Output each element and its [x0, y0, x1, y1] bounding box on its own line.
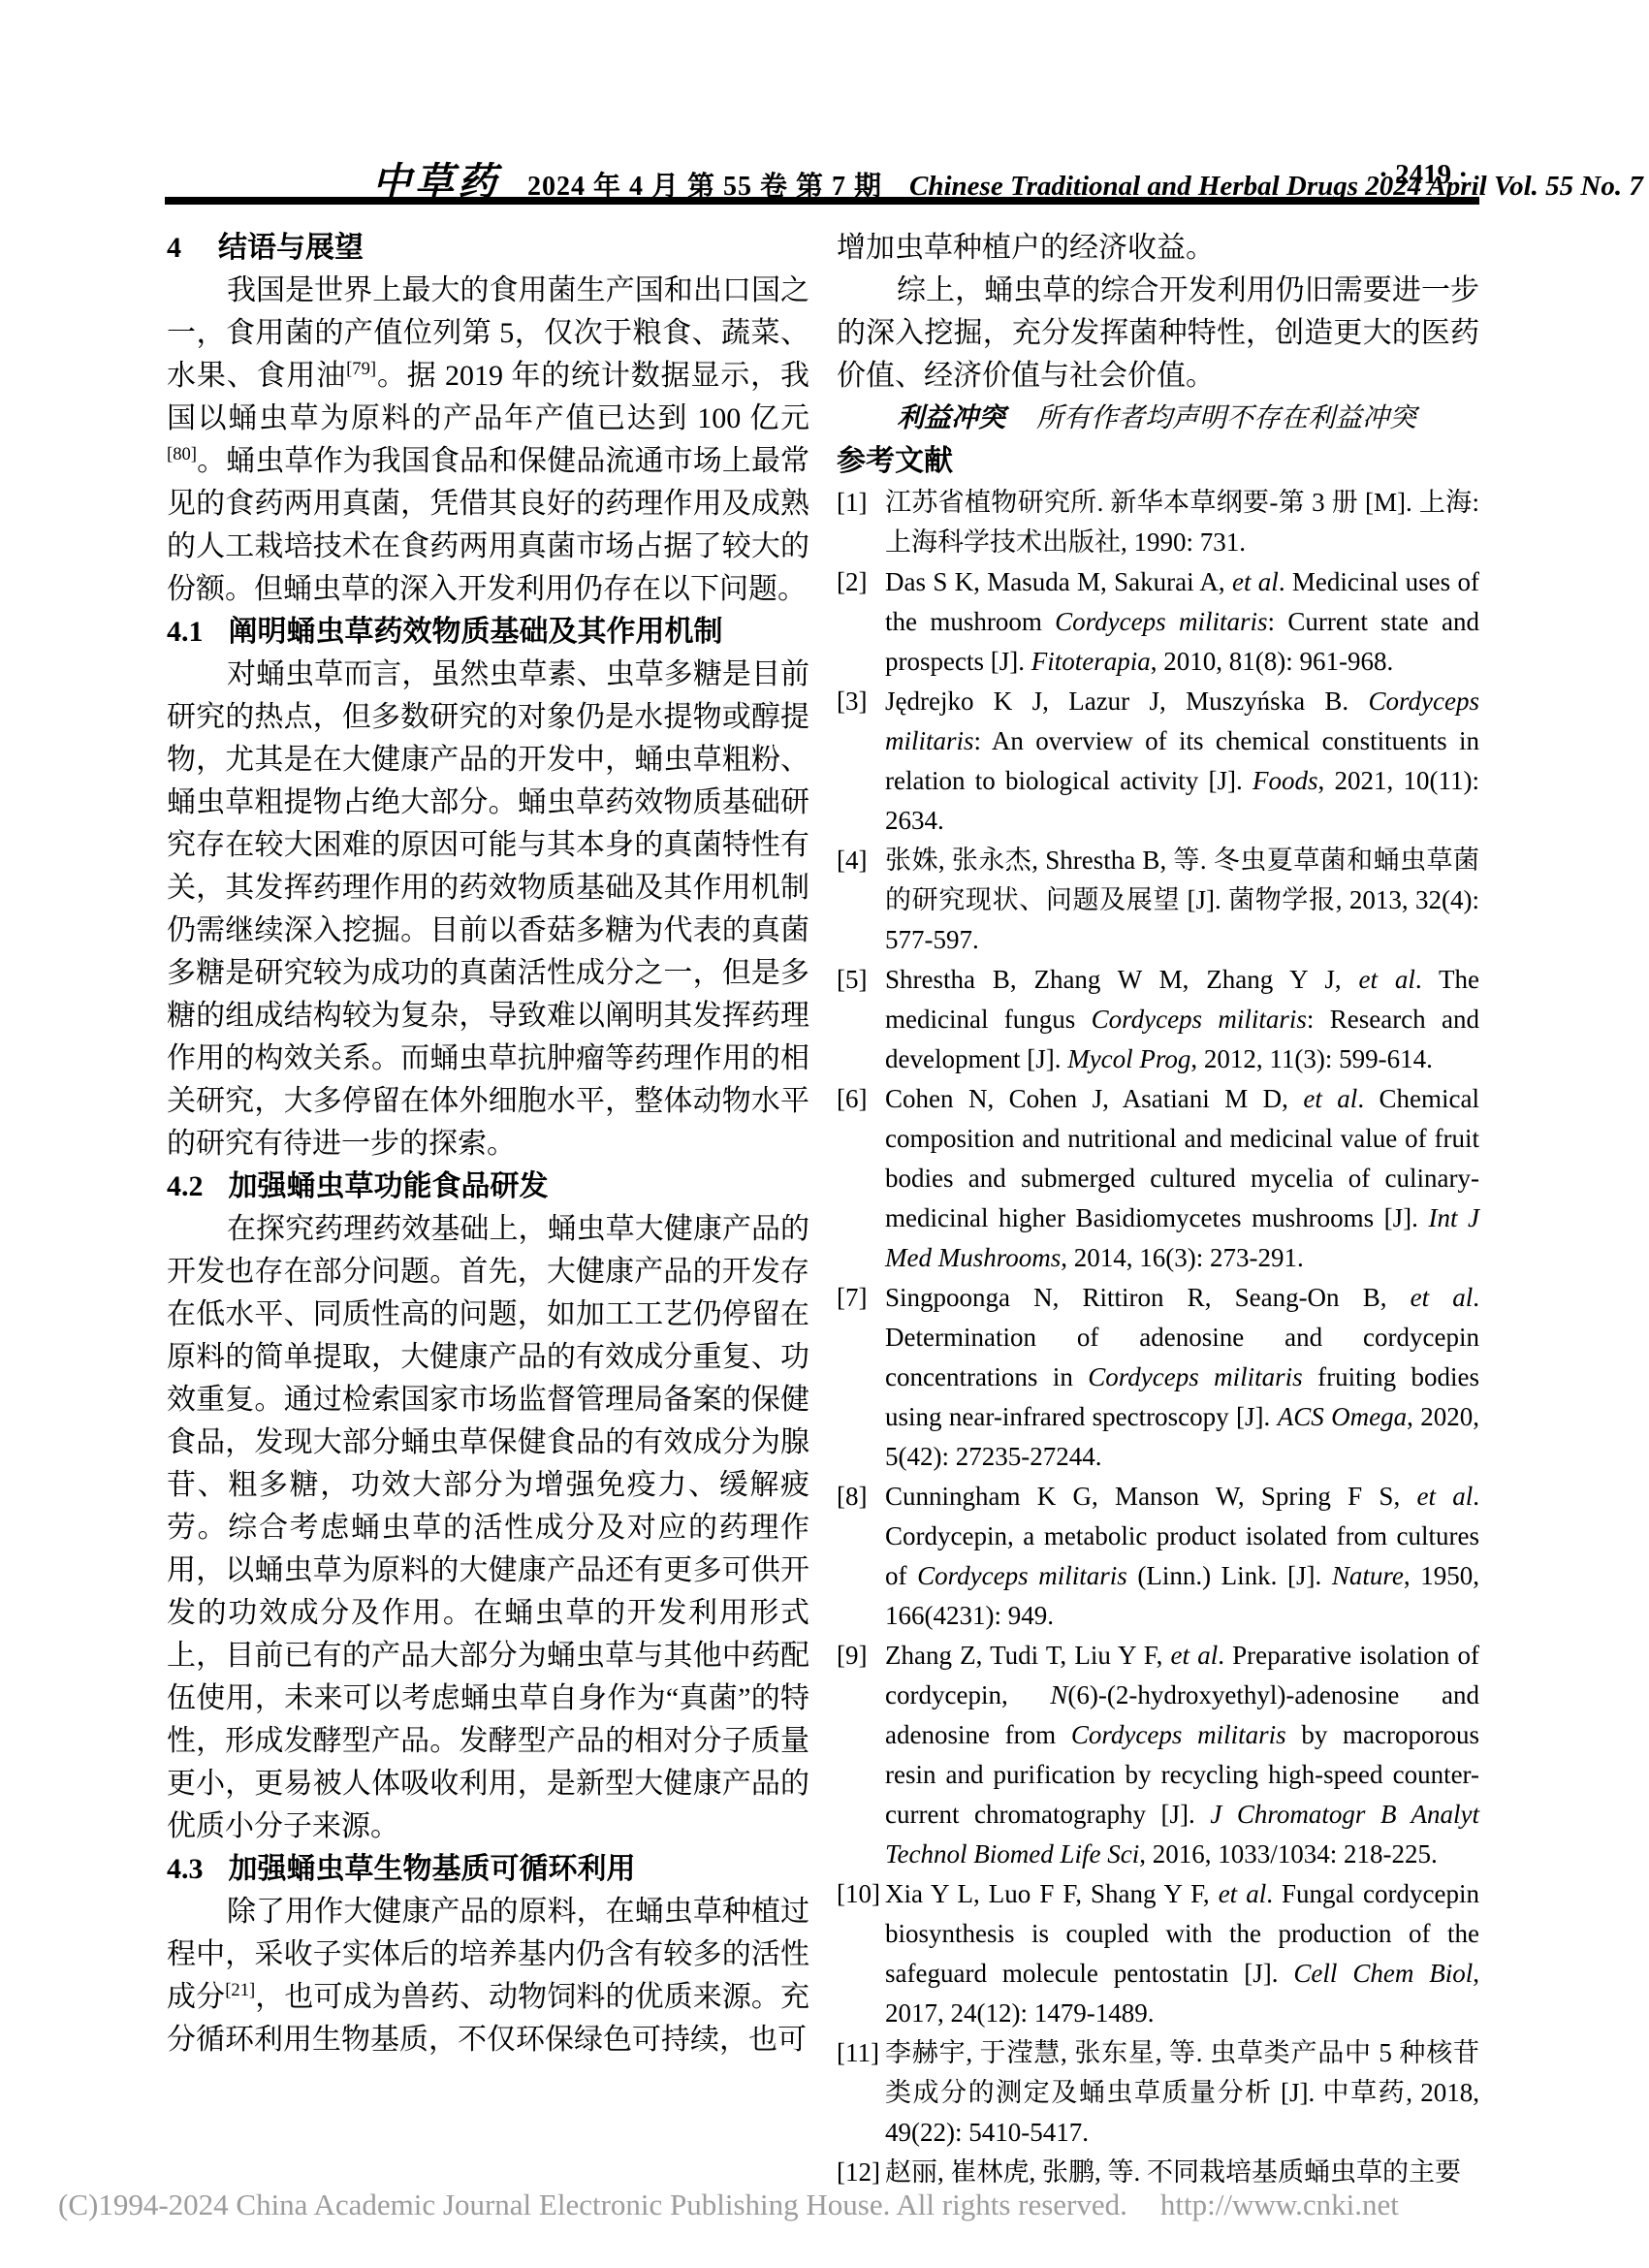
page-number: · 2419 · — [1379, 159, 1468, 191]
section-title: 结语与展望 — [218, 232, 364, 264]
reference-number: [3] — [837, 682, 867, 721]
header-rule — [165, 197, 1479, 205]
copyright-text: (C)1994-2024 China Academic Journal Elec… — [58, 2188, 1127, 2222]
reference-number: [8] — [837, 1477, 867, 1517]
summary-paragraph: 综上，蛹虫草的综合开发利用仍旧需要进一步的深入挖掘，充分发挥菌种特性，创造更大的… — [837, 270, 1479, 398]
reference-text: 江苏省植物研究所. 新华本草纲要-第 3 册 [M]. 上海: 上海科学技术出版… — [885, 488, 1479, 557]
reference-text: Das S K, Masuda M, Sakurai A, et al. Med… — [885, 567, 1479, 676]
right-column: 增加虫草种植户的经济收益。 综上，蛹虫草的综合开发利用仍旧需要进一步的深入挖掘，… — [837, 227, 1479, 2192]
section-4-1-paragraph: 对蛹虫草而言，虽然虫草素、虫草多糖是目前研究的热点，但多数研究的对象仍是水提物或… — [167, 654, 809, 1166]
section-4-1-heading: 4.1阐明蛹虫草药效物质基础及其作用机制 — [167, 611, 809, 654]
reference-item: [10]Xia Y L, Luo F F, Shang Y F, et al. … — [837, 1874, 1479, 2033]
reference-item: [11]李赫宇, 于滢慧, 张东星, 等. 虫草类产品中 5 种核苷类成分的测定… — [837, 2033, 1479, 2153]
references-heading: 参考文献 — [837, 440, 1479, 483]
section-title: 加强蛹虫草功能食品研发 — [229, 1170, 549, 1202]
reference-number: [2] — [837, 562, 867, 602]
reference-item: [2]Das S K, Masuda M, Sakurai A, et al. … — [837, 562, 1479, 682]
section-number: 4.2 — [167, 1170, 204, 1202]
reference-number: [1] — [837, 483, 867, 523]
reference-item: [1]江苏省植物研究所. 新华本草纲要-第 3 册 [M]. 上海: 上海科学技… — [837, 483, 1479, 562]
conflict-of-interest: 利益冲突所有作者均声明不存在利益冲突 — [837, 398, 1479, 440]
section-4-heading: 4结语与展望 — [167, 227, 809, 270]
cnki-url: http://www.cnki.net — [1160, 2188, 1399, 2222]
reference-text: 张姝, 张永杰, Shrestha B, 等. 冬虫夏草菌和蛹虫草菌的研究现状、… — [885, 846, 1479, 954]
section-4-3-heading: 4.3加强蛹虫草生物基质可循环利用 — [167, 1848, 809, 1891]
reference-number: [12] — [837, 2153, 880, 2192]
reference-item: [5]Shrestha B, Zhang W M, Zhang Y J, et … — [837, 960, 1479, 1079]
reference-text: 李赫宇, 于滢慧, 张东星, 等. 虫草类产品中 5 种核苷类成分的测定及蛹虫草… — [885, 2038, 1479, 2147]
reference-text: Zhang Z, Tudi T, Liu Y F, et al. Prepara… — [885, 1641, 1479, 1869]
reference-text: Shrestha B, Zhang W M, Zhang Y J, et al.… — [885, 965, 1479, 1073]
reference-text: Singpoonga N, Rittiron R, Seang-On B, et… — [885, 1283, 1479, 1471]
reference-number: [5] — [837, 960, 867, 1000]
reference-item: [7]Singpoonga N, Rittiron R, Seang-On B,… — [837, 1278, 1479, 1477]
reference-text: Xia Y L, Luo F F, Shang Y F, et al. Fung… — [885, 1879, 1479, 2028]
reference-item: [4]张姝, 张永杰, Shrestha B, 等. 冬虫夏草菌和蛹虫草菌的研究… — [837, 841, 1479, 960]
reference-item: [12]赵丽, 崔林虎, 张鹏, 等. 不同栽培基质蛹虫草的主要 — [837, 2153, 1479, 2192]
left-column: 4结语与展望 我国是世界上最大的食用菌生产国和出口国之一，食用菌的产值位列第 5… — [167, 227, 809, 2061]
reference-text: 赵丽, 崔林虎, 张鹏, 等. 不同栽培基质蛹虫草的主要 — [885, 2157, 1461, 2187]
conflict-label: 利益冲突 — [897, 403, 1005, 433]
reference-text: Cohen N, Cohen J, Asatiani M D, et al. C… — [885, 1084, 1479, 1272]
reference-number: [11] — [837, 2033, 879, 2073]
reference-item: [3]Jędrejko K J, Lazur J, Muszyńska B. C… — [837, 682, 1479, 841]
section-4-3-paragraph: 除了用作大健康产品的原料，在蛹虫草种植过程中，采收子实体后的培养基内仍含有较多的… — [167, 1891, 809, 2061]
reference-item: [6]Cohen N, Cohen J, Asatiani M D, et al… — [837, 1079, 1479, 1278]
section-4-2-heading: 4.2加强蛹虫草功能食品研发 — [167, 1166, 809, 1208]
section-number: 4.1 — [167, 616, 204, 648]
reference-number: [7] — [837, 1278, 867, 1318]
conflict-text: 所有作者均声明不存在利益冲突 — [1036, 403, 1416, 433]
section-title: 加强蛹虫草生物基质可循环利用 — [229, 1853, 636, 1885]
section-title: 阐明蛹虫草药效物质基础及其作用机制 — [229, 616, 723, 648]
page-columns: 4结语与展望 我国是世界上最大的食用菌生产国和出口国之一，食用菌的产值位列第 5… — [167, 227, 1479, 2192]
reference-number: [10] — [837, 1874, 880, 1914]
reference-number: [9] — [837, 1636, 867, 1676]
journal-page: 中草药 2024 年 4 月 第 55 卷 第 7 期 Chinese Trad… — [0, 0, 1649, 2268]
continuation-paragraph: 增加虫草种植户的经济收益。 — [837, 227, 1479, 270]
reference-text: Cunningham K G, Manson W, Spring F S, et… — [885, 1482, 1479, 1630]
section-number: 4.3 — [167, 1853, 204, 1885]
section-number: 4 — [167, 232, 181, 264]
reference-number: [4] — [837, 841, 867, 880]
reference-text: Jędrejko K J, Lazur J, Muszyńska B. Cord… — [885, 687, 1479, 835]
reference-item: [9]Zhang Z, Tudi T, Liu Y F, et al. Prep… — [837, 1636, 1479, 1874]
page-header: 中草药 2024 年 4 月 第 55 卷 第 7 期 Chinese Trad… — [167, 151, 1479, 196]
section-4-paragraph: 我国是世界上最大的食用菌生产国和出口国之一，食用菌的产值位列第 5，仅次于粮食、… — [167, 270, 809, 611]
reference-item: [8]Cunningham K G, Manson W, Spring F S,… — [837, 1477, 1479, 1636]
reference-number: [6] — [837, 1079, 867, 1119]
section-4-2-paragraph: 在探究药理药效基础上，蛹虫草大健康产品的开发也存在部分问题。首先，大健康产品的开… — [167, 1208, 809, 1848]
page-footer: (C)1994-2024 China Academic Journal Elec… — [58, 2188, 1399, 2222]
references-list: [1]江苏省植物研究所. 新华本草纲要-第 3 册 [M]. 上海: 上海科学技… — [837, 483, 1479, 2192]
